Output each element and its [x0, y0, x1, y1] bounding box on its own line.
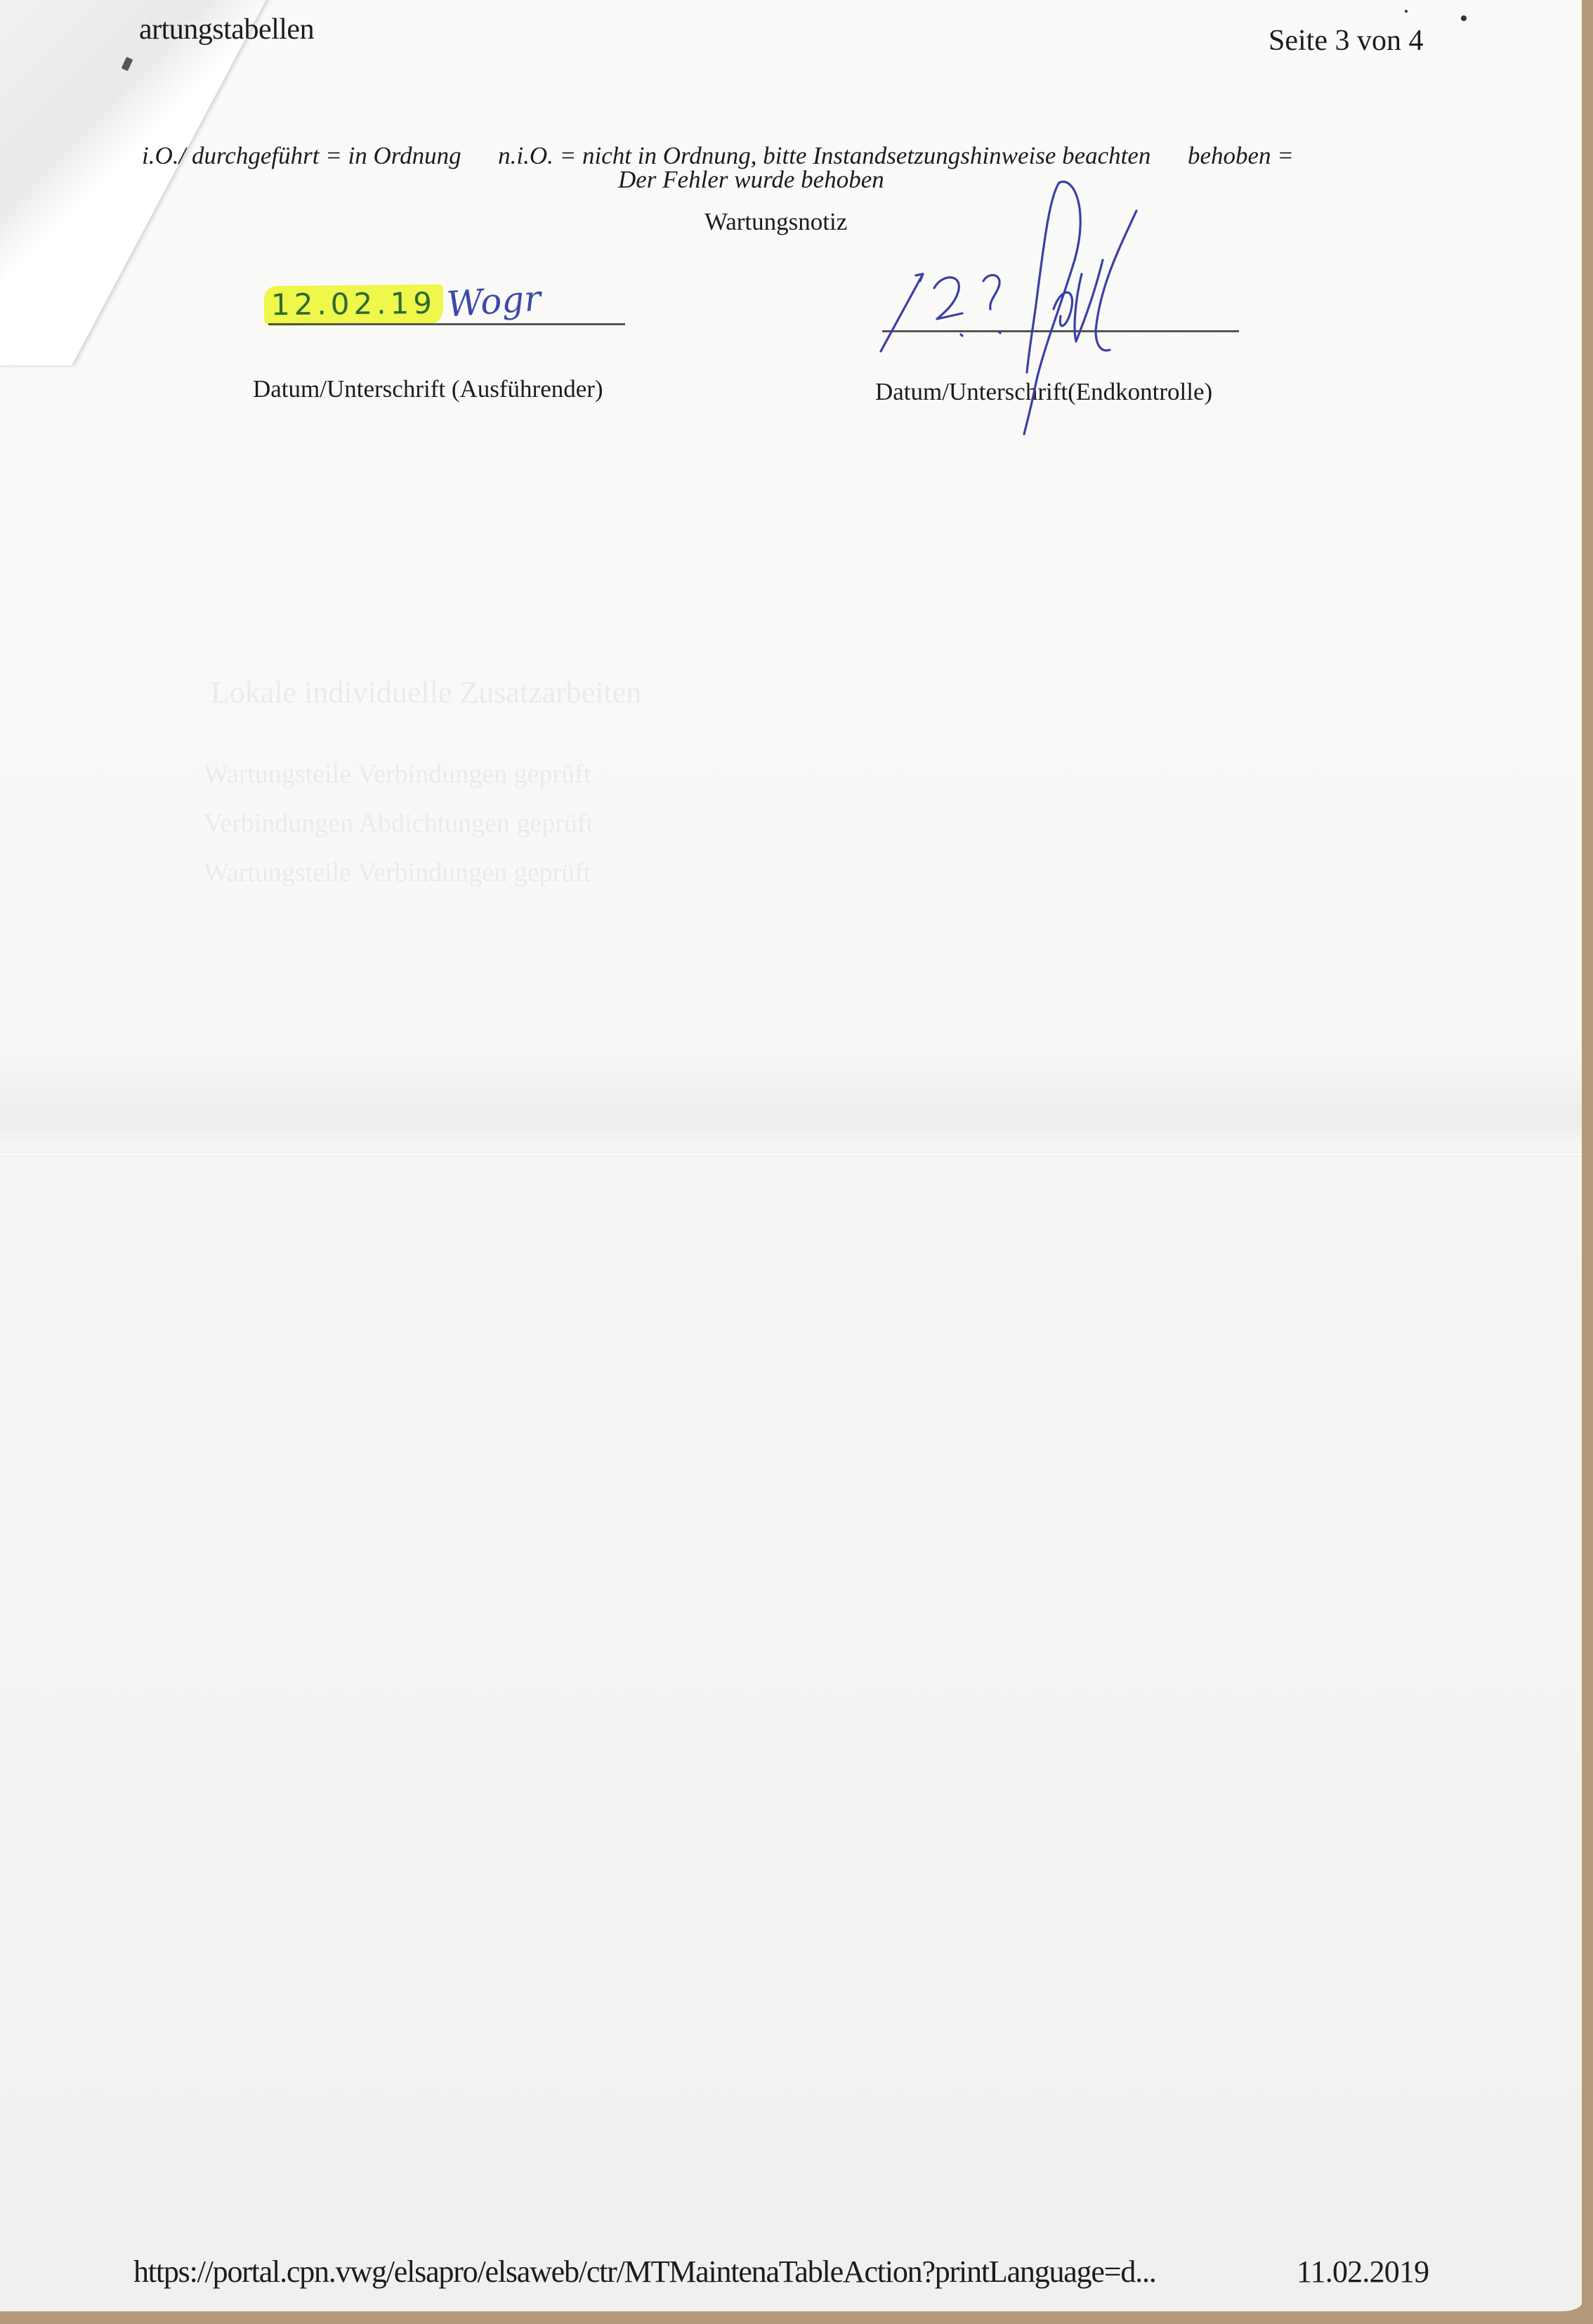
- executor-signature-line: [268, 323, 625, 325]
- legend-behoben-definition: Der Fehler wurde behoben: [618, 166, 884, 194]
- final-check-handwritten-signature: [864, 169, 1229, 450]
- bleed-through-text: Wartungsteile Verbindungen geprüft: [204, 759, 591, 790]
- executor-handwritten-date: 12.02.19: [264, 285, 444, 327]
- speck-mark: [1461, 15, 1467, 21]
- legend-behoben: behoben =: [1188, 142, 1294, 169]
- footer-print-date: 11.02.2019: [1297, 2254, 1429, 2290]
- document-page: artungstabellen Seite 3 von 4 i.O./ durc…: [0, 0, 1582, 2311]
- document-header-title: artungstabellen: [139, 13, 314, 46]
- bleed-through-text: Wartungsteile Verbindungen geprüft: [204, 857, 591, 888]
- executor-signature-label: Datum/Unterschrift (Ausführender): [253, 375, 603, 403]
- bleed-through-text: Verbindungen Abdichtungen geprüft: [204, 808, 594, 839]
- executor-handwritten-signature: Wogr: [445, 278, 542, 325]
- maintenance-note-title: Wartungsnotiz: [704, 208, 847, 236]
- footer-print-url: https://portal.cpn.vwg/elsapro/elsaweb/c…: [133, 2254, 1156, 2290]
- legend-io: i.O./ durchgeführt = in Ordnung: [142, 142, 461, 169]
- page-indicator: Seite 3 von 4: [1268, 24, 1423, 58]
- bleed-through-text: Lokale individuelle Zusatzarbeiten: [211, 674, 641, 710]
- curled-page-corner: [0, 0, 281, 365]
- paper-fold-crease: [0, 1152, 1582, 1156]
- speck-mark: [1405, 10, 1408, 13]
